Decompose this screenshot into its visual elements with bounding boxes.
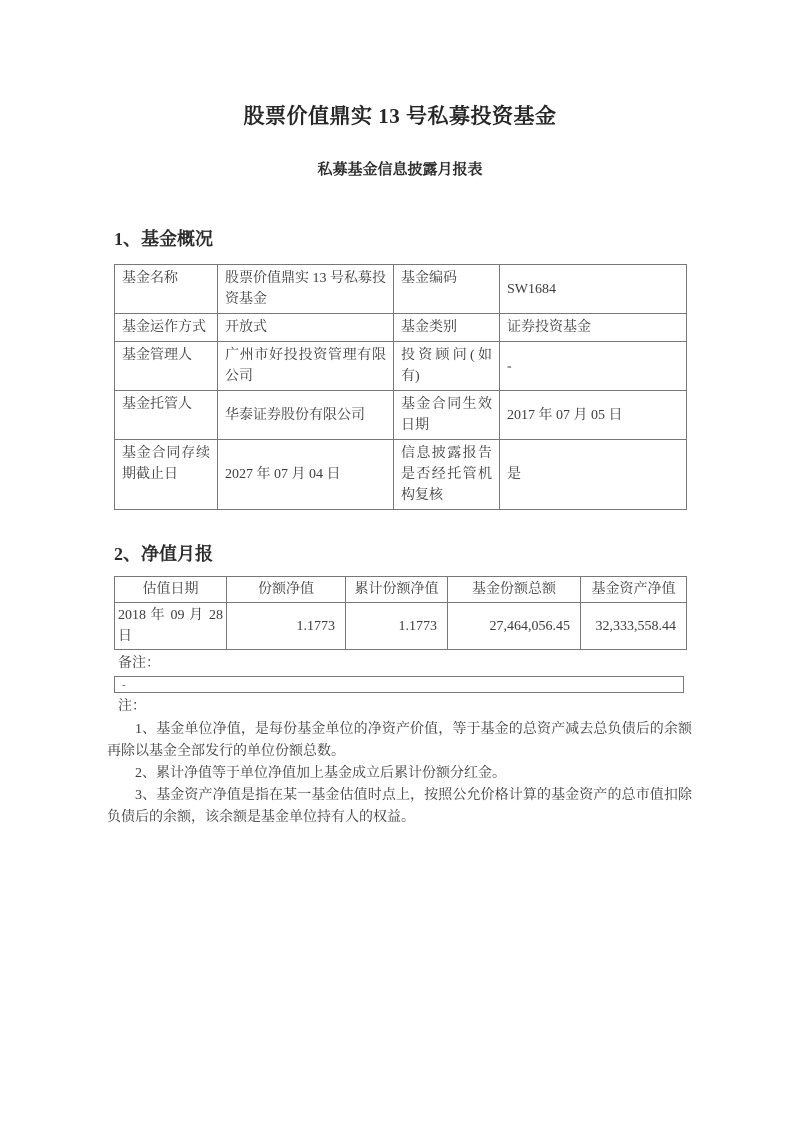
document-content: 1、基金概况 基金名称 股票价值鼎实 13 号私募投资基金 基金编码 SW168…: [114, 227, 686, 829]
net-assets-header: 基金资产净值: [581, 577, 687, 603]
fund-code-label: 基金编码: [394, 265, 500, 314]
operation-mode-label: 基金运作方式: [115, 314, 218, 342]
net-assets-value: 32,333,558.44: [581, 603, 687, 650]
fund-overview-table: 基金名称 股票价值鼎实 13 号私募投资基金 基金编码 SW1684 基金运作方…: [114, 264, 687, 510]
remark-box: -: [114, 676, 684, 693]
nav-monthly-table: 估值日期 份额净值 累计份额净值 基金份额总额 基金资产净值 2018 年 09…: [114, 576, 687, 650]
fund-manager-label: 基金管理人: [115, 342, 218, 391]
document-subtitle: 私募基金信息披露月报表: [0, 160, 800, 180]
table-header-row: 估值日期 份额净值 累计份额净值 基金份额总额 基金资产净值: [115, 577, 687, 603]
valuation-date-header: 估值日期: [115, 577, 227, 603]
fund-custodian-value: 华泰证券股份有限公司: [218, 391, 394, 440]
fund-name-value: 股票价值鼎实 13 号私募投资基金: [218, 265, 394, 314]
document-title: 股票价值鼎实 13 号私募投资基金: [0, 103, 800, 129]
custodian-review-value: 是: [500, 440, 687, 510]
note-item-2: 2、累计净值等于单位净值加上基金成立后累计份额分红金。: [107, 763, 692, 785]
total-shares-header: 基金份额总额: [448, 577, 581, 603]
nav-per-share-header: 份额净值: [227, 577, 346, 603]
document-page: 股票价值鼎实 13 号私募投资基金 私募基金信息披露月报表 1、基金概况 基金名…: [0, 0, 800, 1131]
fund-manager-value: 广州市好投投资管理有限公司: [218, 342, 394, 391]
table-row: 基金名称 股票价值鼎实 13 号私募投资基金 基金编码 SW1684: [115, 265, 687, 314]
note-item-1: 1、基金单位净值，是每份基金单位的净资产价值，等于基金的总资产减去总负债后的余额…: [107, 719, 692, 763]
valuation-date-value: 2018 年 09 月 28 日: [115, 603, 227, 650]
investment-advisor-value: -: [500, 342, 687, 391]
section-heading-nav-monthly: 2、净值月报: [114, 542, 686, 566]
remark-label: 备注：: [118, 654, 686, 674]
fund-type-label: 基金类别: [394, 314, 500, 342]
investment-advisor-label: 投资顾问(如有): [394, 342, 500, 391]
operation-mode-value: 开放式: [218, 314, 394, 342]
contract-effective-date-value: 2017 年 07 月 05 日: [500, 391, 687, 440]
contract-effective-date-label: 基金合同生效日期: [394, 391, 500, 440]
notes-label: 注：: [118, 697, 686, 717]
fund-name-label: 基金名称: [115, 265, 218, 314]
notes-block: 1、基金单位净值，是每份基金单位的净资产价值，等于基金的总资产减去总负债后的余额…: [107, 719, 692, 829]
section-heading-fund-overview: 1、基金概况: [114, 227, 686, 251]
fund-custodian-label: 基金托管人: [115, 391, 218, 440]
nav-per-share-value: 1.1773: [227, 603, 346, 650]
fund-code-value: SW1684: [500, 265, 687, 314]
cumulative-nav-header: 累计份额净值: [346, 577, 448, 603]
table-row: 2018 年 09 月 28 日 1.1773 1.1773 27,464,05…: [115, 603, 687, 650]
fund-type-value: 证券投资基金: [500, 314, 687, 342]
table-row: 基金合同存续期截止日 2027 年 07 月 04 日 信息披露报告是否经托管机…: [115, 440, 687, 510]
custodian-review-label: 信息披露报告是否经托管机构复核: [394, 440, 500, 510]
table-row: 基金托管人 华泰证券股份有限公司 基金合同生效日期 2017 年 07 月 05…: [115, 391, 687, 440]
note-item-3: 3、基金资产净值是指在某一基金估值时点上，按照公允价格计算的基金资产的总市值扣除…: [107, 785, 692, 829]
table-row: 基金管理人 广州市好投投资管理有限公司 投资顾问(如有) -: [115, 342, 687, 391]
total-shares-value: 27,464,056.45: [448, 603, 581, 650]
contract-expiry-date-value: 2027 年 07 月 04 日: [218, 440, 394, 510]
cumulative-nav-value: 1.1773: [346, 603, 448, 650]
table-row: 基金运作方式 开放式 基金类别 证券投资基金: [115, 314, 687, 342]
contract-expiry-date-label: 基金合同存续期截止日: [115, 440, 218, 510]
